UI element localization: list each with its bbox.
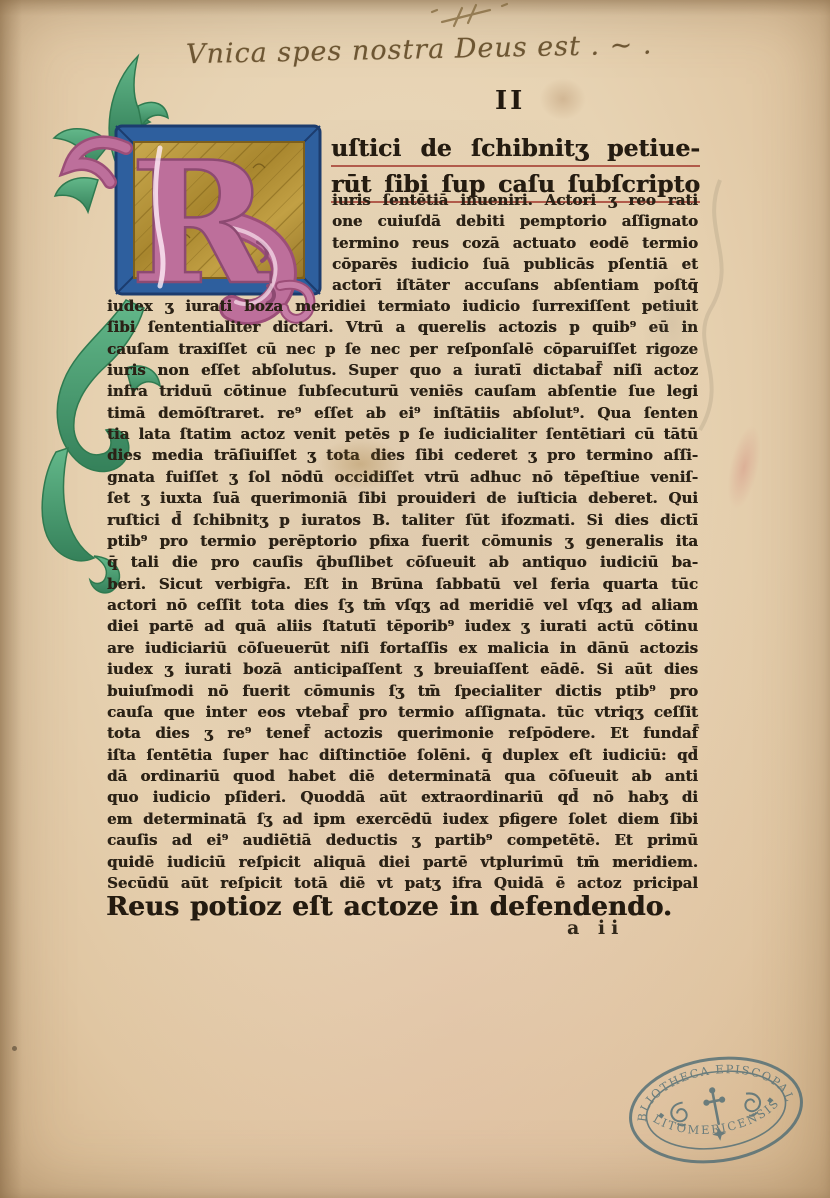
body-line: ptib⁹ pro termio perēptorio pfixa fuerit… [107, 531, 698, 551]
ink-stain [318, 438, 403, 490]
incunabulum-page: Vnica spes nostra Deus est . ~ . II [0, 0, 830, 1198]
body-line: beri. Sicut verbigr̄a. Eſt in Brūna ſabb… [107, 574, 698, 594]
body-line: iudex ʒ iurati bozā anticipaſſent ʒ breu… [107, 659, 698, 679]
body-line: iſta ſentētia ſuper hac diſtinctiōe ſolē… [107, 745, 698, 765]
brown-smudge [540, 78, 586, 120]
folio-number: II [495, 86, 525, 116]
body-line: are iudiciariū cōſueuerūt niſi fortaſſis… [107, 638, 698, 658]
body-line: cauſa que inter eos vtebaf̄ pro termio a… [107, 702, 698, 722]
initial-letter: R [130, 124, 271, 322]
quire-signature: a ii [567, 917, 624, 939]
body-line: gnata fuiſſet ʒ ſol nōdū occidiſſet vtrū… [107, 467, 698, 487]
body-line: cauſis ad ei⁹ audiētiā deductis ʒ partib… [107, 830, 698, 850]
body-line: dā ordinariū quod habet diē determinatā … [107, 766, 698, 786]
body-line: Secūdū aūt reſpicit totā diē vt patʒ ifr… [107, 873, 698, 893]
heading-line-1: uſtici de ſchibnitʒ petiue- [331, 134, 700, 167]
body-line: diei partē ad quā aliis ſtatutī tēporib⁹… [107, 616, 698, 636]
body-line: ruſtici d̄ ſchibnitʒ p iuratos B. talite… [107, 510, 698, 530]
body-line: ſet ʒ iuxta ſuā querimoniā ſibi prouider… [107, 488, 698, 508]
body-line: quo iudicio pſideri. Quoddā aūt extraord… [107, 787, 698, 807]
body-line: buiuſmodi nō fuerit cōmunis ſʒ tm̄ ſpeci… [107, 681, 698, 701]
body-line: tota dies ʒ re⁹ tenef̄ actozis querimoni… [107, 723, 698, 743]
ghost-flourish [600, 170, 760, 470]
body-line: quidē iudiciū reſpicit aliquā diei partē… [107, 852, 698, 872]
page-edge-shadow-top [0, 0, 830, 16]
stamp-cross-icon [702, 1087, 728, 1126]
body-line: actori nō ceſſit tota dies ſʒ tm̄ vſqʒ a… [107, 595, 698, 615]
library-stamp: BIBLIOTHECA EPISCOPALIS LITOMERICENSIS [613, 1048, 823, 1183]
body-line: em determinatā ſʒ ad ipm exercēdū iudex … [107, 809, 698, 829]
body-line: q̄ tali die pro cauſis q̄buſlibet cōſueu… [107, 552, 698, 572]
ink-speck [12, 1046, 17, 1051]
